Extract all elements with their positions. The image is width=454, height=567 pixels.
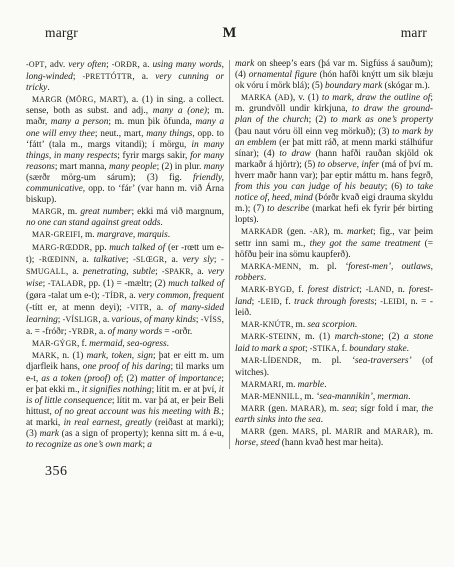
- dictionary-entry: MARGR, m. great number; ekki má við marg…: [26, 206, 224, 229]
- dictionary-entry: MAR-MENNILL, m. ‘sea-mannikin’, merman.: [235, 391, 433, 403]
- page-number: 356: [45, 464, 68, 479]
- running-header: margr M marr: [26, 26, 433, 40]
- dictionary-entry: MARR (gen. MARS, pl. MARIR and MARAR), m…: [235, 426, 433, 449]
- dictionary-entry: MARK, n. (1) mark, token, sign; þat er e…: [26, 350, 224, 451]
- dictionary-entry: MARR (gen. MARAR), m. sea; sígr fold í m…: [235, 403, 433, 426]
- dictionary-entry: MARK-STEINN, m. (1) march-stone; (2) a s…: [235, 331, 433, 355]
- header-section-letter: M: [223, 26, 237, 40]
- entry-continuation: -OPT, adv. very often; -ORÐR, a. using m…: [26, 59, 224, 94]
- dictionary-entry: MARMARI, m. marble.: [235, 379, 433, 391]
- dictionary-entry: MARG-RŒDDR, pp. much talked of (er -rœtt…: [26, 242, 224, 339]
- dictionary-entry: MAR-GREIFI, m. margrave, marquis.: [26, 229, 224, 241]
- dictionary-entry: MARK-BYGÐ, f. forest district; -LAND, n.…: [235, 284, 433, 319]
- left-column: -OPT, adv. very often; -ORÐR, a. using m…: [26, 59, 224, 451]
- dictionary-entry: MARKA-MENN, m. pl. ‘forest-men’, outlaws…: [235, 261, 433, 284]
- right-column: mark on sheep’s ears (þá var m. Sigfúss …: [235, 59, 433, 451]
- dictionary-page: margr M marr -OPT, adv. very often; -ORÐ…: [0, 0, 454, 567]
- dictionary-entry: MAR-KNÚTR, m. sea scorpion.: [235, 319, 433, 331]
- text-columns: -OPT, adv. very often; -ORÐR, a. using m…: [26, 59, 433, 451]
- header-guide-word-right: marr: [236, 26, 433, 40]
- page-footer: 356: [26, 464, 433, 480]
- dictionary-entry: MARGR (MÖRG, MART), a. (1) in sing. a co…: [26, 94, 224, 206]
- dictionary-entry: MAR-LÍÐENDR, m. pl. ‘sea-traversers’ (of…: [235, 355, 433, 378]
- dictionary-entry: MAR-GÝGR, f. mermaid, sea-ogress.: [26, 338, 224, 350]
- entry-continuation: mark on sheep’s ears (þá var m. Sigfúss …: [235, 59, 433, 92]
- dictionary-entry: MARKAÐR (gen. -AR), m. market; fig., var…: [235, 226, 433, 260]
- dictionary-entry: MARKA (AÐ), v. (1) to mark, draw the out…: [235, 92, 433, 226]
- header-guide-word-left: margr: [26, 26, 223, 40]
- column-divider-rule: [229, 60, 230, 449]
